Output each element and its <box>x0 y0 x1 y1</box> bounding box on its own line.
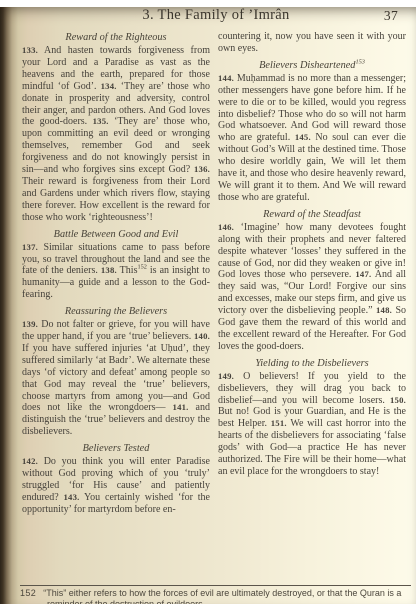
footnote: 152“This” either refers to how the force… <box>20 588 411 604</box>
verse-number: 147. <box>355 269 371 279</box>
column-left: Reward of the Righteous133. And hasten t… <box>22 31 210 571</box>
text-columns: Reward of the Righteous133. And hasten t… <box>22 31 406 571</box>
section-heading: Reassuring the Believers <box>22 306 210 317</box>
verse-paragraph: 144. Muḥammad is no more than a messenge… <box>218 73 406 204</box>
section-heading: Believers Tested <box>22 443 210 454</box>
verse-number: 146. <box>218 222 234 232</box>
verse-number: 143. <box>63 492 79 502</box>
column-right: countering it, now you have seen it with… <box>218 31 406 571</box>
verse-number: 138. <box>101 265 117 275</box>
page-number: 37 <box>384 8 398 24</box>
verse-number: 144. <box>218 73 234 83</box>
verse-number: 133. <box>22 45 38 55</box>
page-title: 3. The Family of ’Imrân <box>142 7 289 23</box>
section-heading: Battle Between Good and Evil <box>22 229 210 240</box>
verse-number: 150. <box>390 395 406 405</box>
verse-number: 149. <box>218 371 234 381</box>
verse-number: 151. <box>271 418 287 428</box>
verse-number: 141. <box>173 402 189 412</box>
verse-paragraph: 149. O believers! If you yield to the di… <box>218 371 406 478</box>
verse-number: 139. <box>22 319 38 329</box>
footnote-text: “This” either refers to how the forces o… <box>43 588 401 604</box>
footnote-rule <box>20 585 411 586</box>
section-heading: Believers Disheartened153 <box>218 60 406 71</box>
footnote-ref: 152 <box>137 264 146 271</box>
section-heading: Reward of the Righteous <box>22 32 210 43</box>
footnote-number: 152 <box>20 588 43 598</box>
verse-paragraph: 133. And hasten towards forgiveness from… <box>22 45 210 224</box>
footnote-ref: 153 <box>355 58 364 65</box>
section-heading: Yielding to the Disbelievers <box>218 358 406 369</box>
verse-number: 148. <box>376 305 392 315</box>
verse-paragraph: 137. Similar situations came to pass bef… <box>22 242 210 302</box>
verse-paragraph: countering it, now you have seen it with… <box>218 31 406 55</box>
footnote-area: 152“This” either refers to how the force… <box>20 585 411 604</box>
section-heading: Reward of the Steadfast <box>218 209 406 220</box>
verse-paragraph: 139. Do not falter or grieve, for you wi… <box>22 319 210 438</box>
verse-number: 140. <box>194 331 210 341</box>
verse-number: 134. <box>101 81 117 91</box>
verse-paragraph: 142. Do you think you will enter Paradis… <box>22 456 210 516</box>
page-header: 3. The Family of ’Imrân 37 <box>30 7 402 24</box>
verse-number: 145. <box>295 132 311 142</box>
verse-number: 135. <box>93 116 109 126</box>
verse-paragraph: 146. ‘Imagine’ how many devotees fought … <box>218 222 406 353</box>
verse-number: 137. <box>22 242 38 252</box>
verse-number: 142. <box>22 456 38 466</box>
verse-number: 136. <box>194 164 210 174</box>
scanned-book-page: 3. The Family of ’Imrân 37 Reward of the… <box>0 7 416 604</box>
